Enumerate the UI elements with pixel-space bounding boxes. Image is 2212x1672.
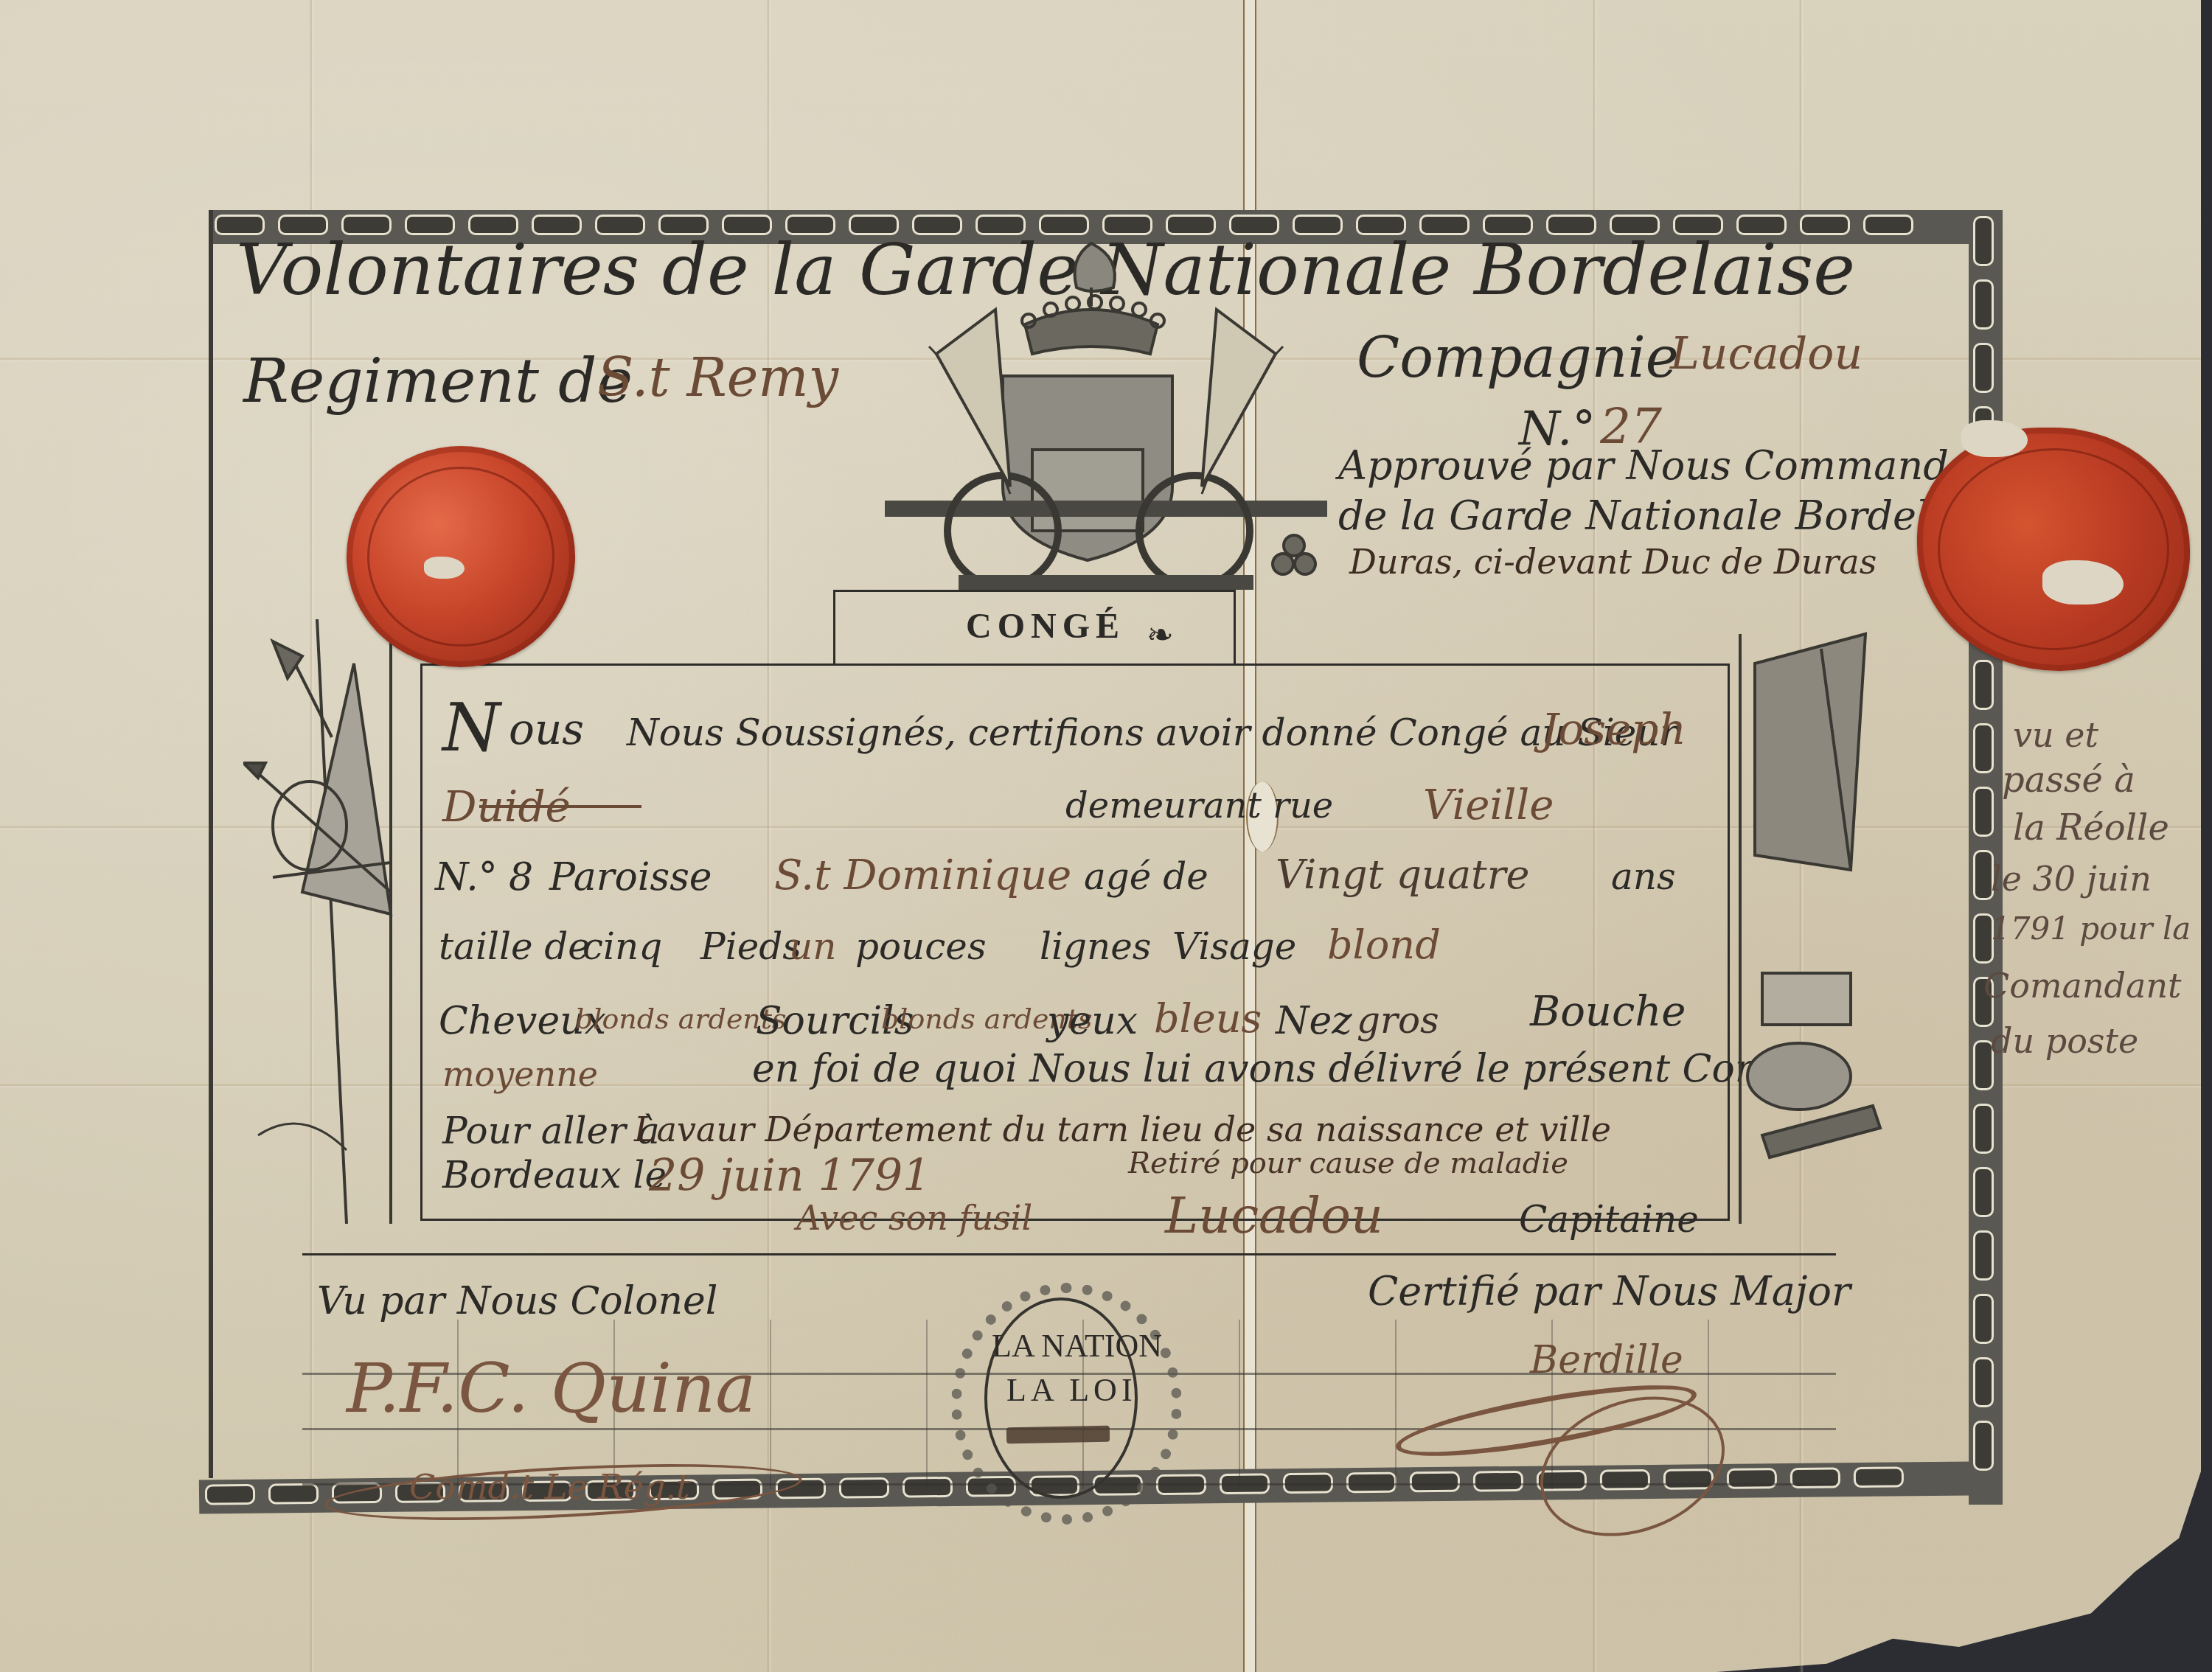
margin-note-line-4: le 30 juin: [1991, 859, 2152, 899]
taille-pieds: cinq: [582, 925, 662, 968]
date-place-label: Bordeaux le: [442, 1154, 667, 1196]
lignes-label: lignes: [1040, 925, 1151, 968]
body-nous: N: [442, 689, 501, 767]
conge-heading: CONGÉ: [966, 606, 1125, 647]
destination-value: Lavaur Département du tarn lieu de sa na…: [634, 1110, 1611, 1149]
margin-note-line-6: Comandant: [1983, 966, 2182, 1006]
regiment-label: Regiment de: [243, 346, 633, 417]
nez-value: gros: [1357, 999, 1439, 1042]
approval-line-2: de la Garde Nationale Bordelaise: [1338, 492, 2009, 539]
major-signature: Berdille: [1530, 1338, 1683, 1382]
soldier-first-name: Joseph: [1541, 704, 1686, 754]
paroisse-value: S.t Dominique: [774, 851, 1071, 899]
bordeaux-coat-of-arms-illustration: [848, 236, 1364, 590]
compagnie-value: Lucadou: [1670, 328, 1863, 380]
visage-label: Visage: [1172, 925, 1296, 968]
captain-signature: Lucadou: [1165, 1187, 1383, 1245]
visage-value: blond: [1327, 922, 1441, 968]
paroisse-label: Paroisse: [549, 855, 712, 899]
house-number: 8: [509, 855, 533, 899]
scroll-ornament-icon: ❧: [1147, 616, 1174, 654]
colonel-label: Vu par Nous Colonel: [317, 1279, 717, 1323]
flags-drum-trophy-right-illustration: [1733, 619, 1888, 1224]
residence-label: demeurant rue: [1065, 785, 1333, 826]
medallion-la-nation: LA NATION: [992, 1327, 1162, 1365]
destination-label: Pour aller à: [442, 1110, 660, 1152]
border-left-line: [209, 210, 213, 1478]
captain-title: Capitaine: [1519, 1198, 1699, 1241]
pouces-value: un: [789, 925, 836, 968]
margin-note-line-3: la Réolle: [2013, 807, 2169, 849]
taille-label: taille de: [439, 925, 590, 968]
age-value: Vingt quatre: [1276, 851, 1530, 898]
pouces-label: pouces: [855, 925, 987, 968]
wax-seal-left: [347, 446, 575, 667]
nez-label: Nez: [1276, 999, 1352, 1043]
yeux-value: bleus: [1154, 995, 1262, 1042]
pieds-label: Pieds: [700, 925, 801, 968]
residence-street: Vieille: [1423, 781, 1554, 829]
bouche-value: moyenne: [442, 1054, 598, 1094]
with-rifle-note: Avec son fusil: [796, 1198, 1032, 1238]
cheveux-value: blonds ardents: [575, 1003, 787, 1035]
blank-line: [479, 805, 641, 808]
medallion-la-loi: LA LOI: [1006, 1371, 1137, 1409]
regiment-value: S.t Remy: [597, 346, 838, 408]
body-line-6-printed: en foi de quoi Nous lui avons délivré le…: [752, 1047, 1806, 1091]
body-nous-rest: ous: [509, 704, 584, 754]
compagnie-label: Compagnie: [1357, 324, 1679, 390]
struck-out-le-roi: [1006, 1426, 1110, 1443]
discharge-reason: Retiré pour cause de maladie: [1128, 1146, 1568, 1180]
body-line-1-printed: Nous Soussignés, certifions avoir donné …: [627, 711, 1677, 754]
chain-border-right: [1969, 210, 2003, 1505]
yeux-label: yeux: [1047, 999, 1138, 1043]
age-label: agé de: [1084, 855, 1208, 898]
approval-line-1: Approuvé par Nous Commandant: [1338, 442, 2014, 489]
major-label: Certifié par Nous Major: [1368, 1268, 1851, 1314]
issue-date: 29 juin 1791: [649, 1150, 931, 1202]
approval-signature: Duras, ci-devant Duc de Duras: [1349, 542, 1877, 582]
margin-note-line-5: 1791 pour la: [1991, 910, 2191, 947]
margin-note-line-1: vu et: [2013, 715, 2098, 755]
colonel-signature: P.F.C. Quina: [347, 1349, 756, 1428]
house-number-label: N.°: [435, 855, 498, 899]
margin-note-line-7: du poste: [1991, 1021, 2138, 1061]
weapons-trophy-left-illustration: [243, 619, 398, 1224]
ans-label: ans: [1611, 855, 1676, 898]
margin-note-line-2: passé à: [2002, 759, 2135, 801]
bouche-label: Bouche: [1530, 988, 1686, 1036]
